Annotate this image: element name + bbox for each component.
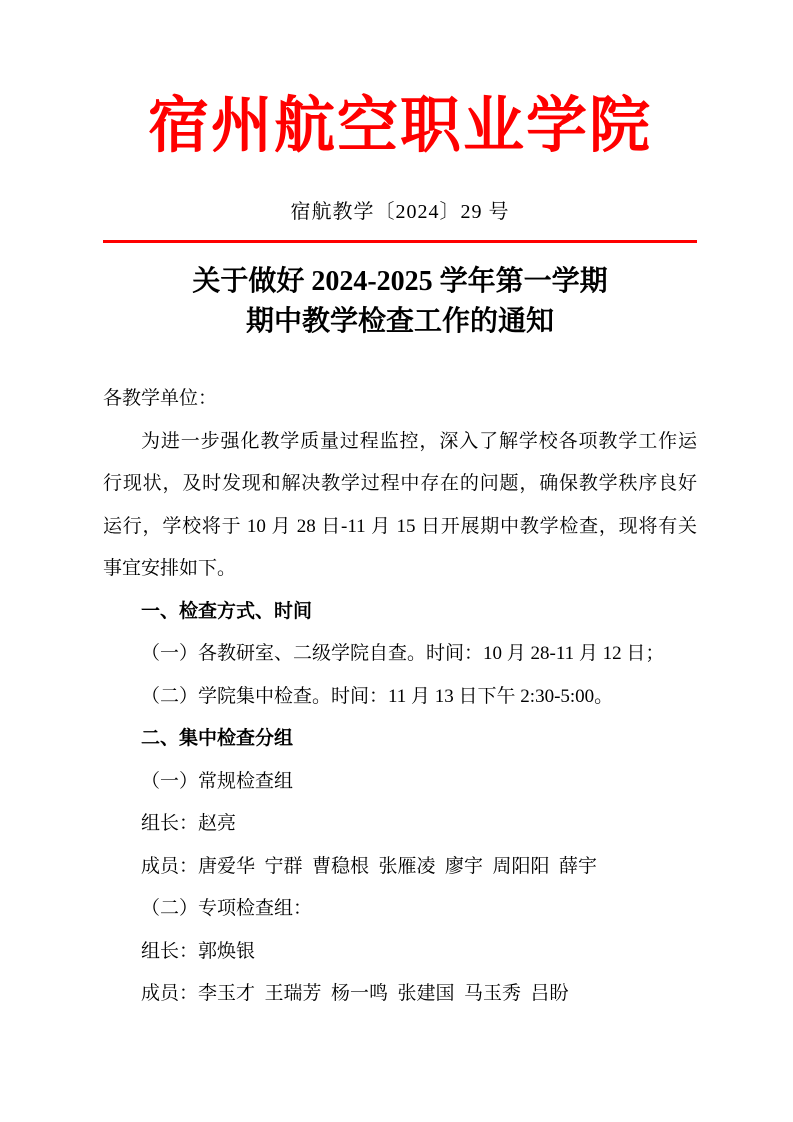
group-2-leader-line: 组长：郭焕银 (103, 931, 697, 974)
intro-line-3: 运行，学校将于 10 月 28 日-11 月 15 日开展期中教学检查，现将有关 (103, 506, 697, 549)
doc-title: 关于做好 2024-2025 学年第一学期 期中教学检查工作的通知 (103, 262, 697, 342)
intro-line-4: 事宜安排如下。 (103, 548, 697, 591)
doc-body: 各教学单位： 为进一步强化教学质量过程监控，深入了解学校各项教学工作运 行现状，… (103, 378, 697, 1016)
section-1-item-2: （二）学院集中检查。时间：11 月 13 日下午 2:30-5:00。 (103, 676, 697, 719)
org-name-header: 宿州航空职业学院 (103, 88, 697, 166)
section-1-item-1: （一）各教研室、二级学院自查。时间：10 月 28-11 月 12 日； (103, 633, 697, 676)
doc-title-line-1: 关于做好 2024-2025 学年第一学期 (103, 262, 697, 302)
intro-line-1: 为进一步强化教学质量过程监控，深入了解学校各项教学工作运 (103, 421, 697, 464)
red-divider-rule (103, 240, 697, 243)
salutation-line: 各教学单位： (103, 378, 697, 421)
doc-title-line-2: 期中教学检查工作的通知 (103, 302, 697, 342)
doc-number: 宿航教学〔2024〕29 号 (103, 198, 697, 226)
group-1-title: （一）常规检查组 (103, 761, 697, 804)
group-2-members-line: 成员：李玉才 王瑞芳 杨一鸣 张建国 马玉秀 吕盼 (103, 973, 697, 1016)
group-1-leader-line: 组长：赵亮 (103, 803, 697, 846)
group-2-title: （二）专项检查组： (103, 888, 697, 931)
section-1-heading: 一、检查方式、时间 (103, 591, 697, 634)
intro-line-2: 行现状，及时发现和解决教学过程中存在的问题，确保教学秩序良好 (103, 463, 697, 506)
group-1-members-line: 成员：唐爱华 宁群 曹稳根 张雁凌 廖宇 周阳阳 薛宇 (103, 846, 697, 889)
section-2-heading: 二、集中检查分组 (103, 718, 697, 761)
document-page: 宿州航空职业学院 宿航教学〔2024〕29 号 关于做好 2024-2025 学… (0, 0, 793, 1122)
